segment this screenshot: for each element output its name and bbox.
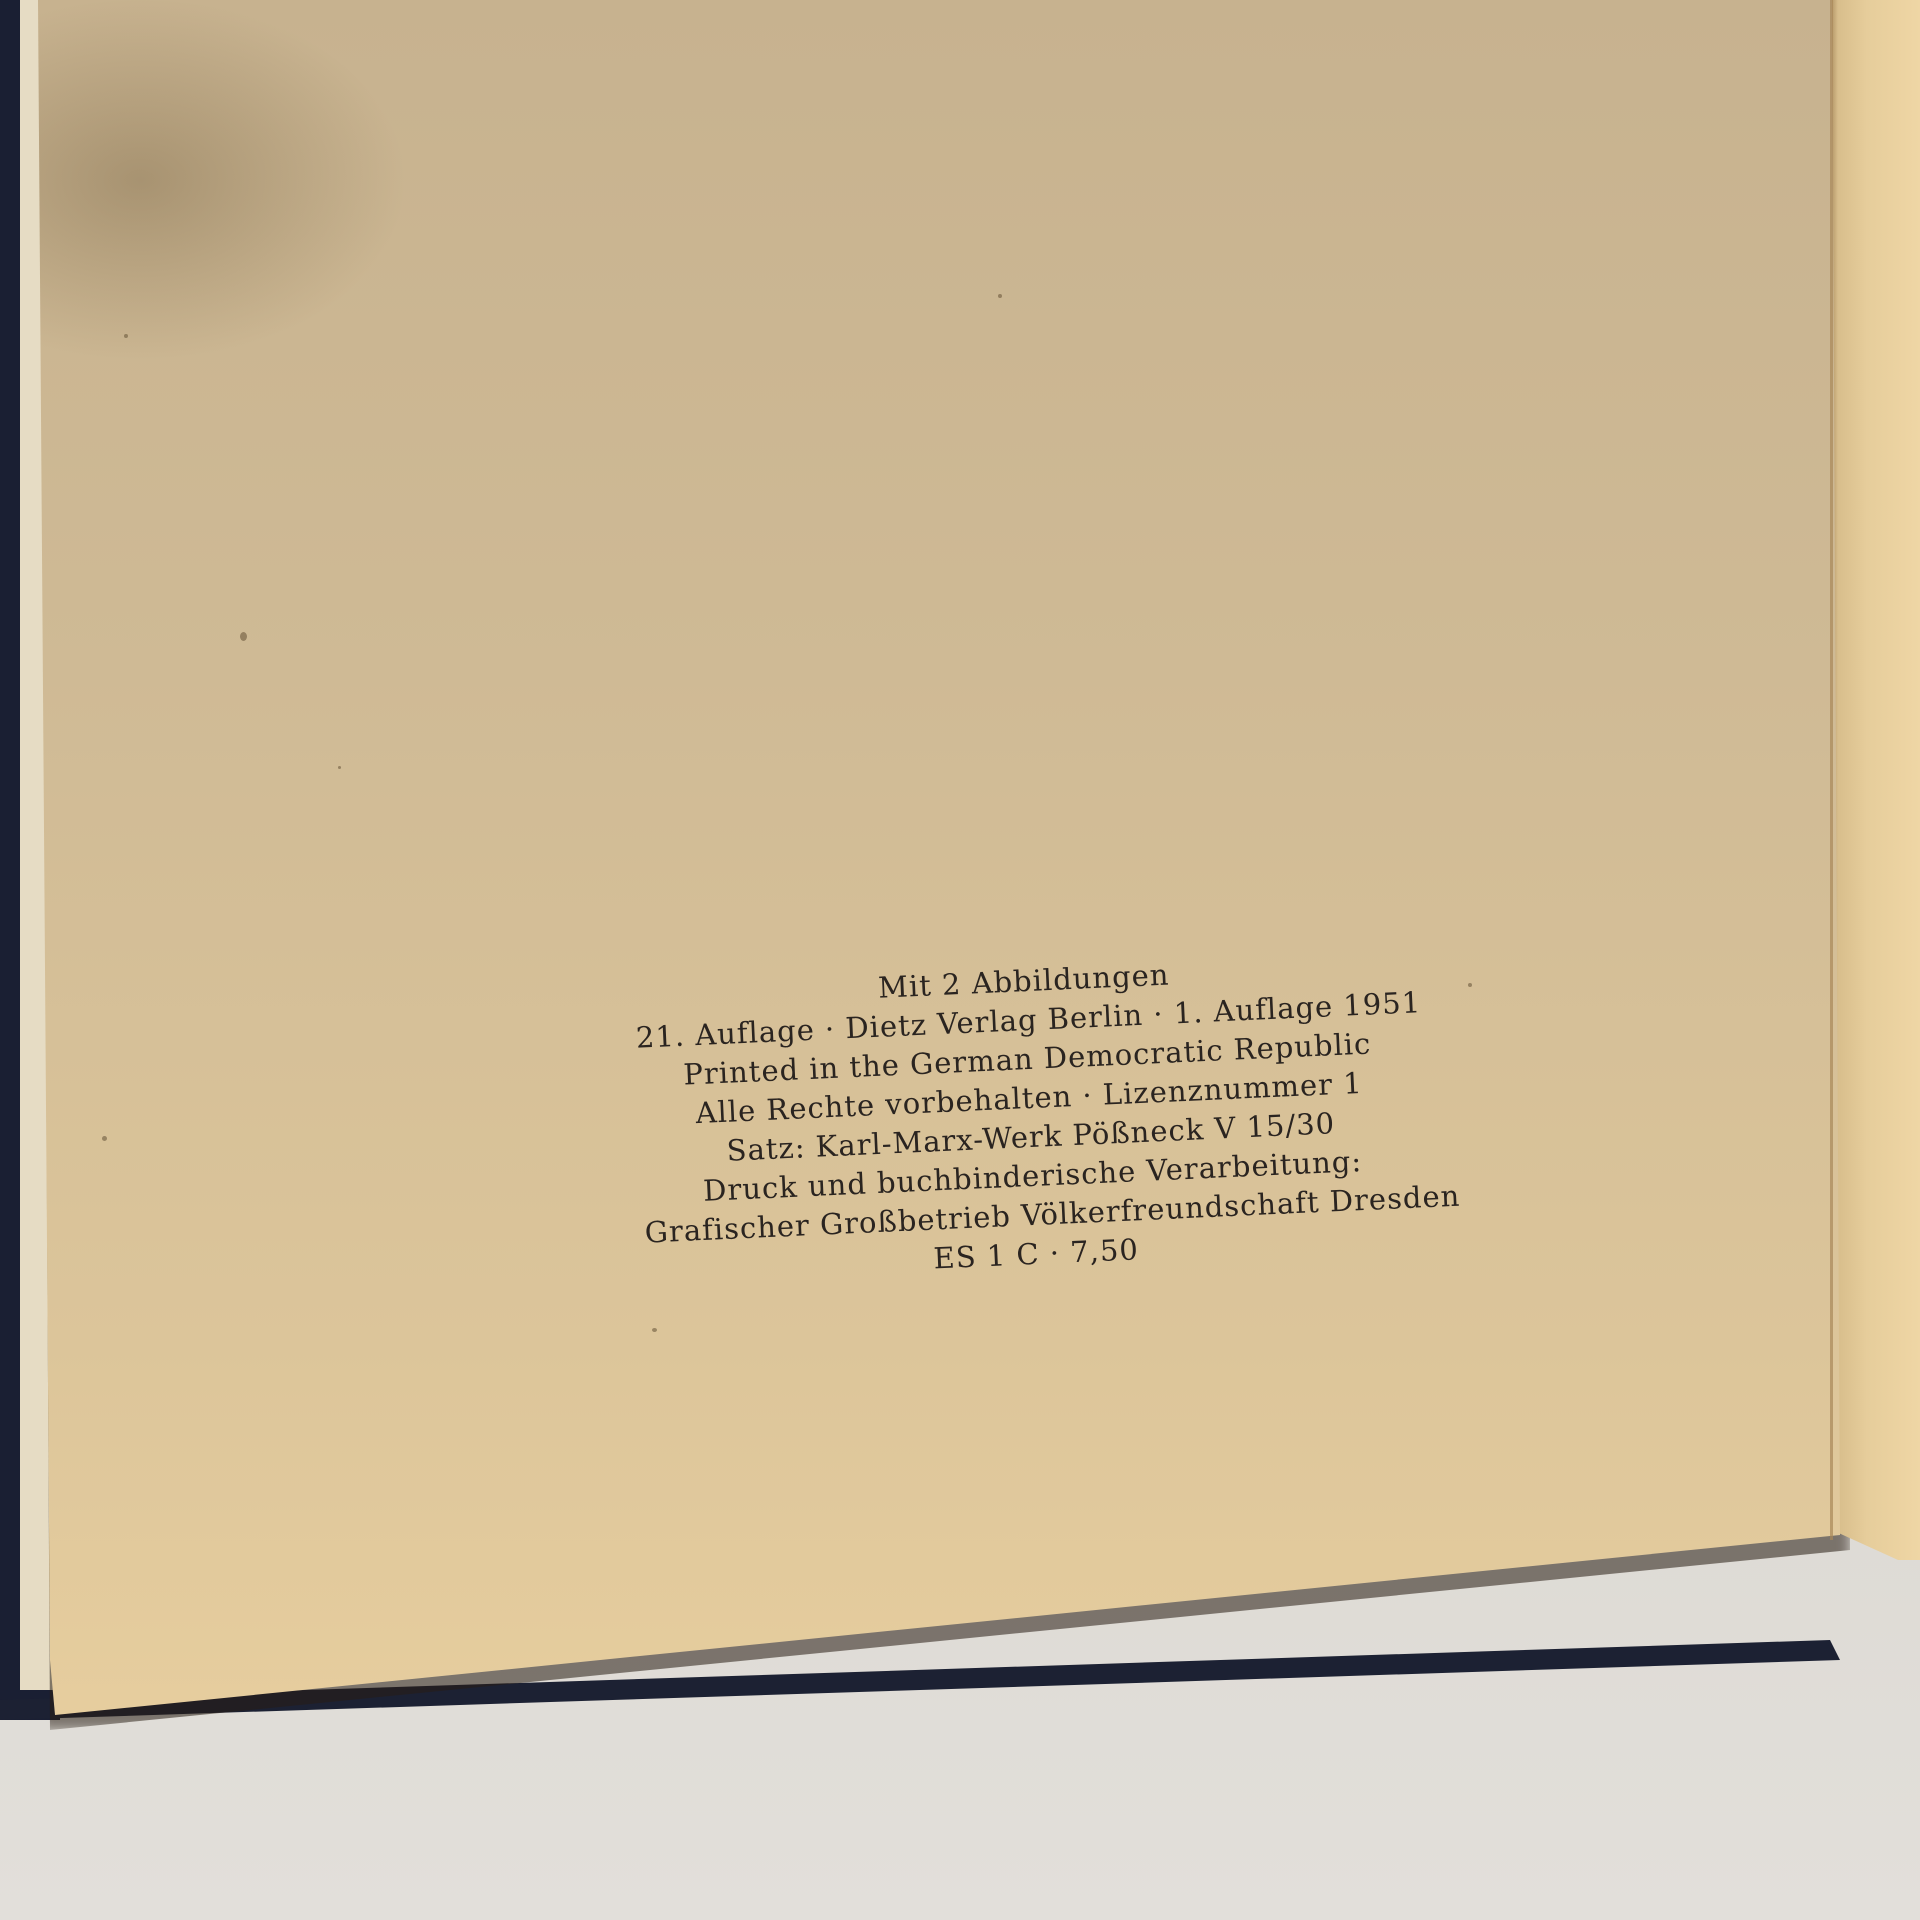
imprint-text-block: Mit 2 Abbildungen 21. Auflage · Dietz Ve…: [633, 944, 1426, 1291]
paper-speck: [240, 632, 247, 641]
facing-page-edge: [1832, 0, 1920, 1560]
paper-speck: [998, 294, 1002, 298]
paper-speck: [124, 334, 128, 338]
page-fold-line: [1830, 0, 1833, 1540]
paper-speck: [338, 766, 341, 769]
paper-speck: [1468, 983, 1472, 987]
paper-speck: [102, 1136, 107, 1141]
paper-speck: [652, 1328, 657, 1332]
